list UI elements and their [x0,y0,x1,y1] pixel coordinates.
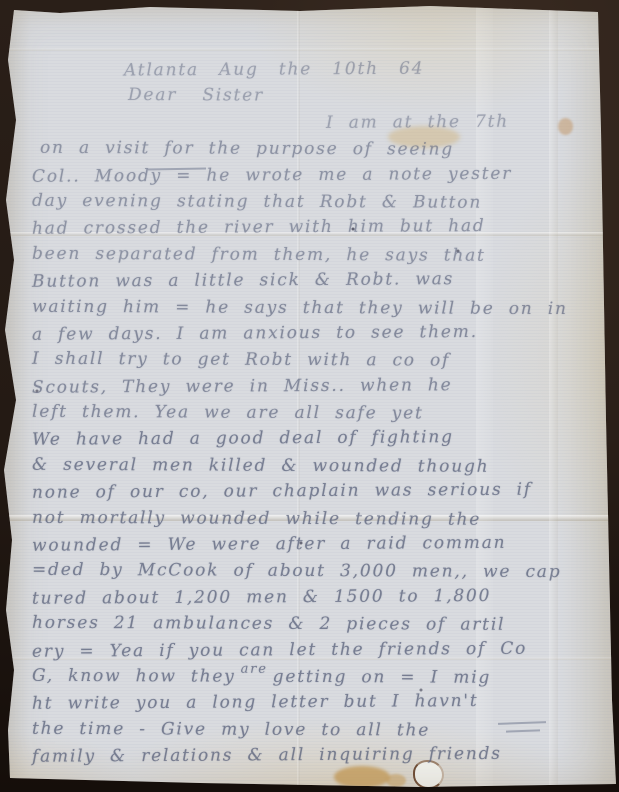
letter-line: I shall try to get Robt with a co of [32,346,599,375]
letter-dateline: Atlanta Aug the 10th 64 [124,55,599,84]
ring-stain [413,760,444,789]
fold-crease-horizontal [0,48,619,51]
stain-blob [388,126,460,148]
pen-underline [498,721,546,724]
fold-crease-vertical [297,0,300,792]
inserted-word-above-line: are [241,657,268,684]
letter-line: left them. Yea we are all safe yet [32,399,599,428]
letter-line-text: getting on = I mig [273,667,492,688]
letter-line: Col.. Moody = he wrote me a note yester [32,160,599,190]
letter-line: none of our co, our chaplain was serious… [32,477,599,507]
letter-line-text: G, know how they [32,666,236,687]
letter-line: waiting him = he says that they will be … [32,293,599,322]
letter-line: been separated from them, he says that [32,240,599,269]
letter-line: Button was a little sick & Robt. was [32,265,599,295]
letter-line: =ded by McCook of about 3,000 men,, we c… [32,557,599,586]
stain-blob [558,118,573,135]
letter-body-text: Atlanta Aug the 10th 64 Dear Sister I am… [24,56,599,769]
letter-line: ery = Yea if you can let the friends of … [32,635,599,665]
stain-blob [334,766,390,788]
pen-underline [506,729,540,732]
fold-crease-horizontal [0,657,619,660]
letter-line: family & relations & all inquiring frien… [32,740,599,770]
letter-line: a few days. I am anxious to see them. [32,318,599,348]
pen-underline [148,167,206,170]
letter-line-with-insertion: G, know how theyaregetting on = I mig [32,663,599,692]
letter-line: We have had a good deal of fighting [32,424,599,454]
letter-line: the time - Give my love to all the [32,716,599,745]
stain-blob [386,774,406,787]
letter-salutation: Dear Sister [128,82,599,110]
letter-line: had crossed the river with him but had [32,213,599,243]
letter-line: on a visit for the purpose of seeing [40,135,599,164]
fold-crease-vertical [549,0,558,792]
fold-crease-horizontal [0,232,619,236]
ink-specks [0,0,2,2]
letter-paper: Atlanta Aug the 10th 64 Dear Sister I am… [0,0,619,792]
letter-line: Scouts, They were in Miss.. when he [32,371,599,401]
scan-background: { "document_type": "handwritten letter s… [0,0,619,792]
letter-line: not mortally wounded while tending the [32,504,599,533]
letter-line: wounded = We were after a raid comman [32,529,599,559]
letter-line: ht write you a long letter but I havn't [32,688,599,718]
letter-line: day evening stating that Robt & Button [32,188,599,217]
letter-line: & several men killed & wounded though [32,452,599,481]
letter-opening-line: I am at the 7th [326,108,599,136]
fold-crease-vertical [476,0,493,792]
fold-crease-horizontal [0,515,619,521]
letter-line: tured about 1,200 men & 1500 to 1,800 [32,582,599,612]
letter-photo: Atlanta Aug the 10th 64 Dear Sister I am… [0,0,619,792]
letter-line: horses 21 ambulances & 2 pieces of artil [32,610,599,639]
